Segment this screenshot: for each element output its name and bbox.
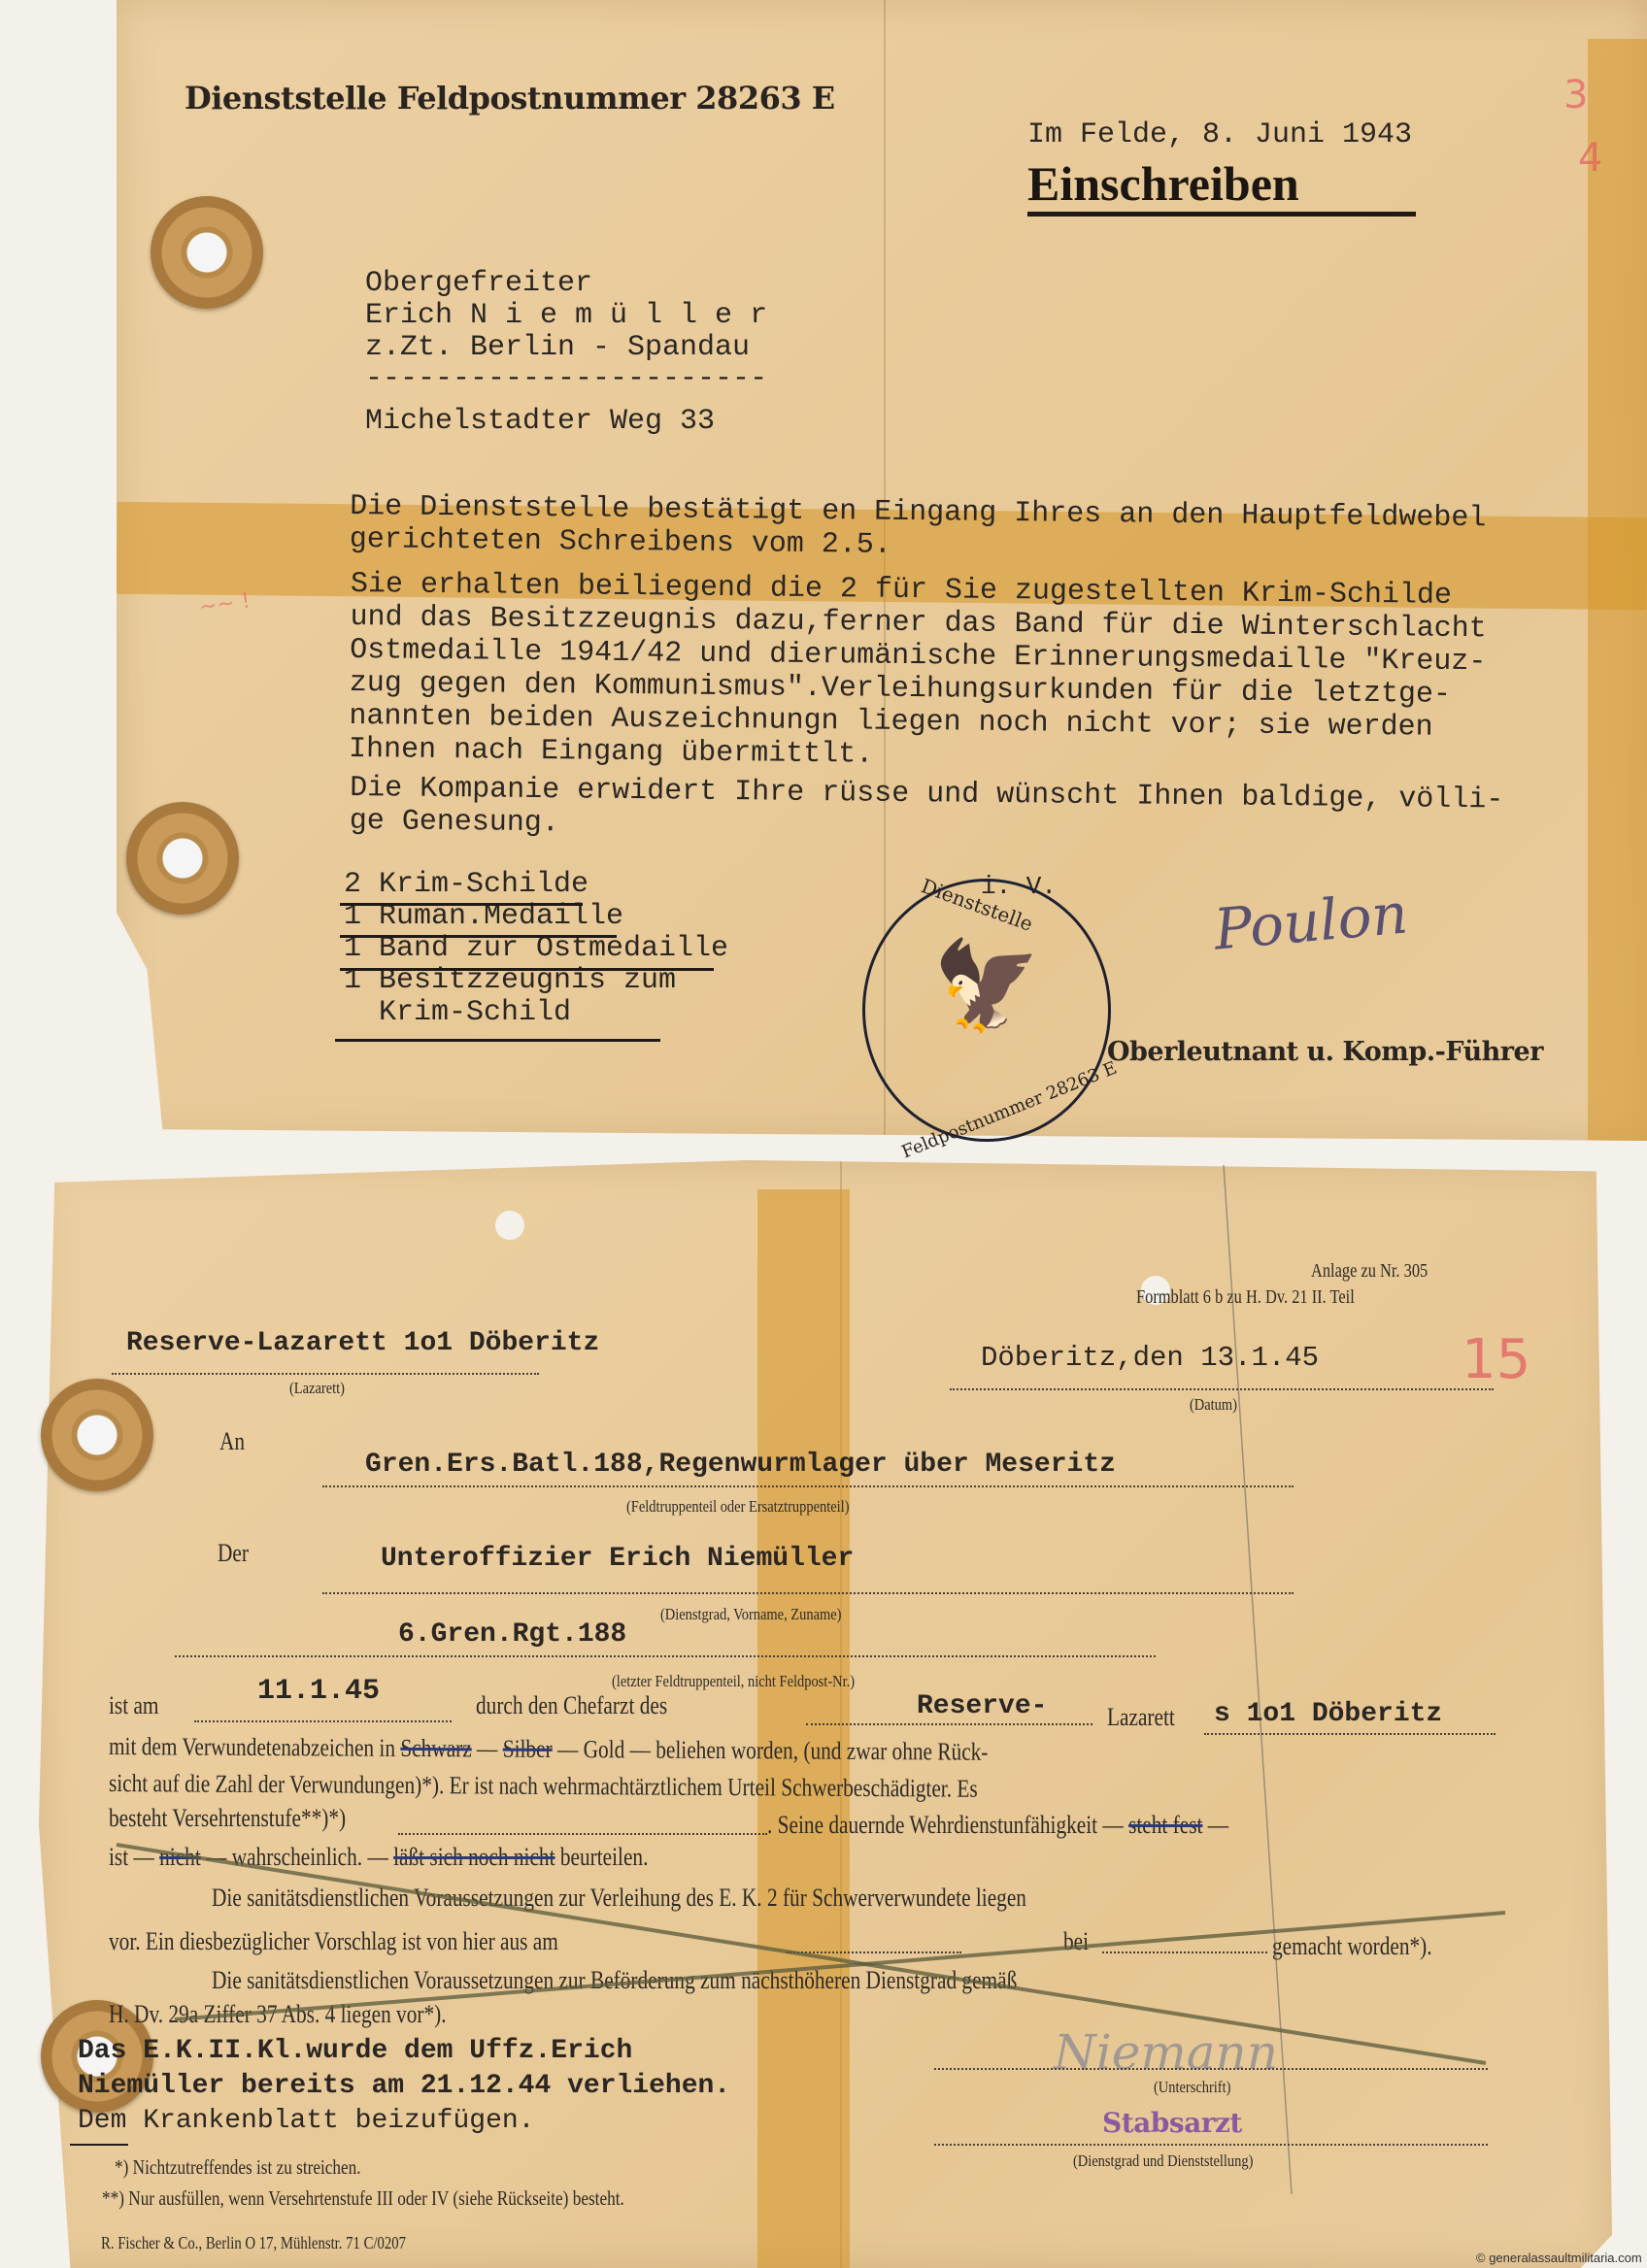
dotted-line (934, 2068, 1488, 2070)
signature-caption: (Unterschrift) (1154, 2078, 1230, 2097)
dotted-line (934, 2144, 1488, 2146)
footnote: *) Nichtzutreffendes ist zu streichen. (115, 2155, 361, 2180)
printer-imprint: R. Fischer & Co., Berlin O 17, Mühlenstr… (101, 2233, 406, 2253)
typed-note: Das E.K.II.Kl.wurde dem Uffz.Erich Niemü… (78, 2034, 730, 2139)
rank-caption: (Dienstgrad und Dienststellung) (1073, 2151, 1253, 2171)
footnote-rule (70, 2144, 128, 2146)
pencil-cross-out-icon (0, 0, 1647, 2268)
doctor-signature: Niemann (1054, 2024, 1278, 2081)
rank-stamp: Stabsarzt (1102, 2107, 1242, 2139)
footnote: **) Nur ausfüllen, wenn Versehrtenstufe … (102, 2186, 624, 2211)
copyright-watermark: © generalassaultmilitaria.com (1476, 2251, 1642, 2265)
